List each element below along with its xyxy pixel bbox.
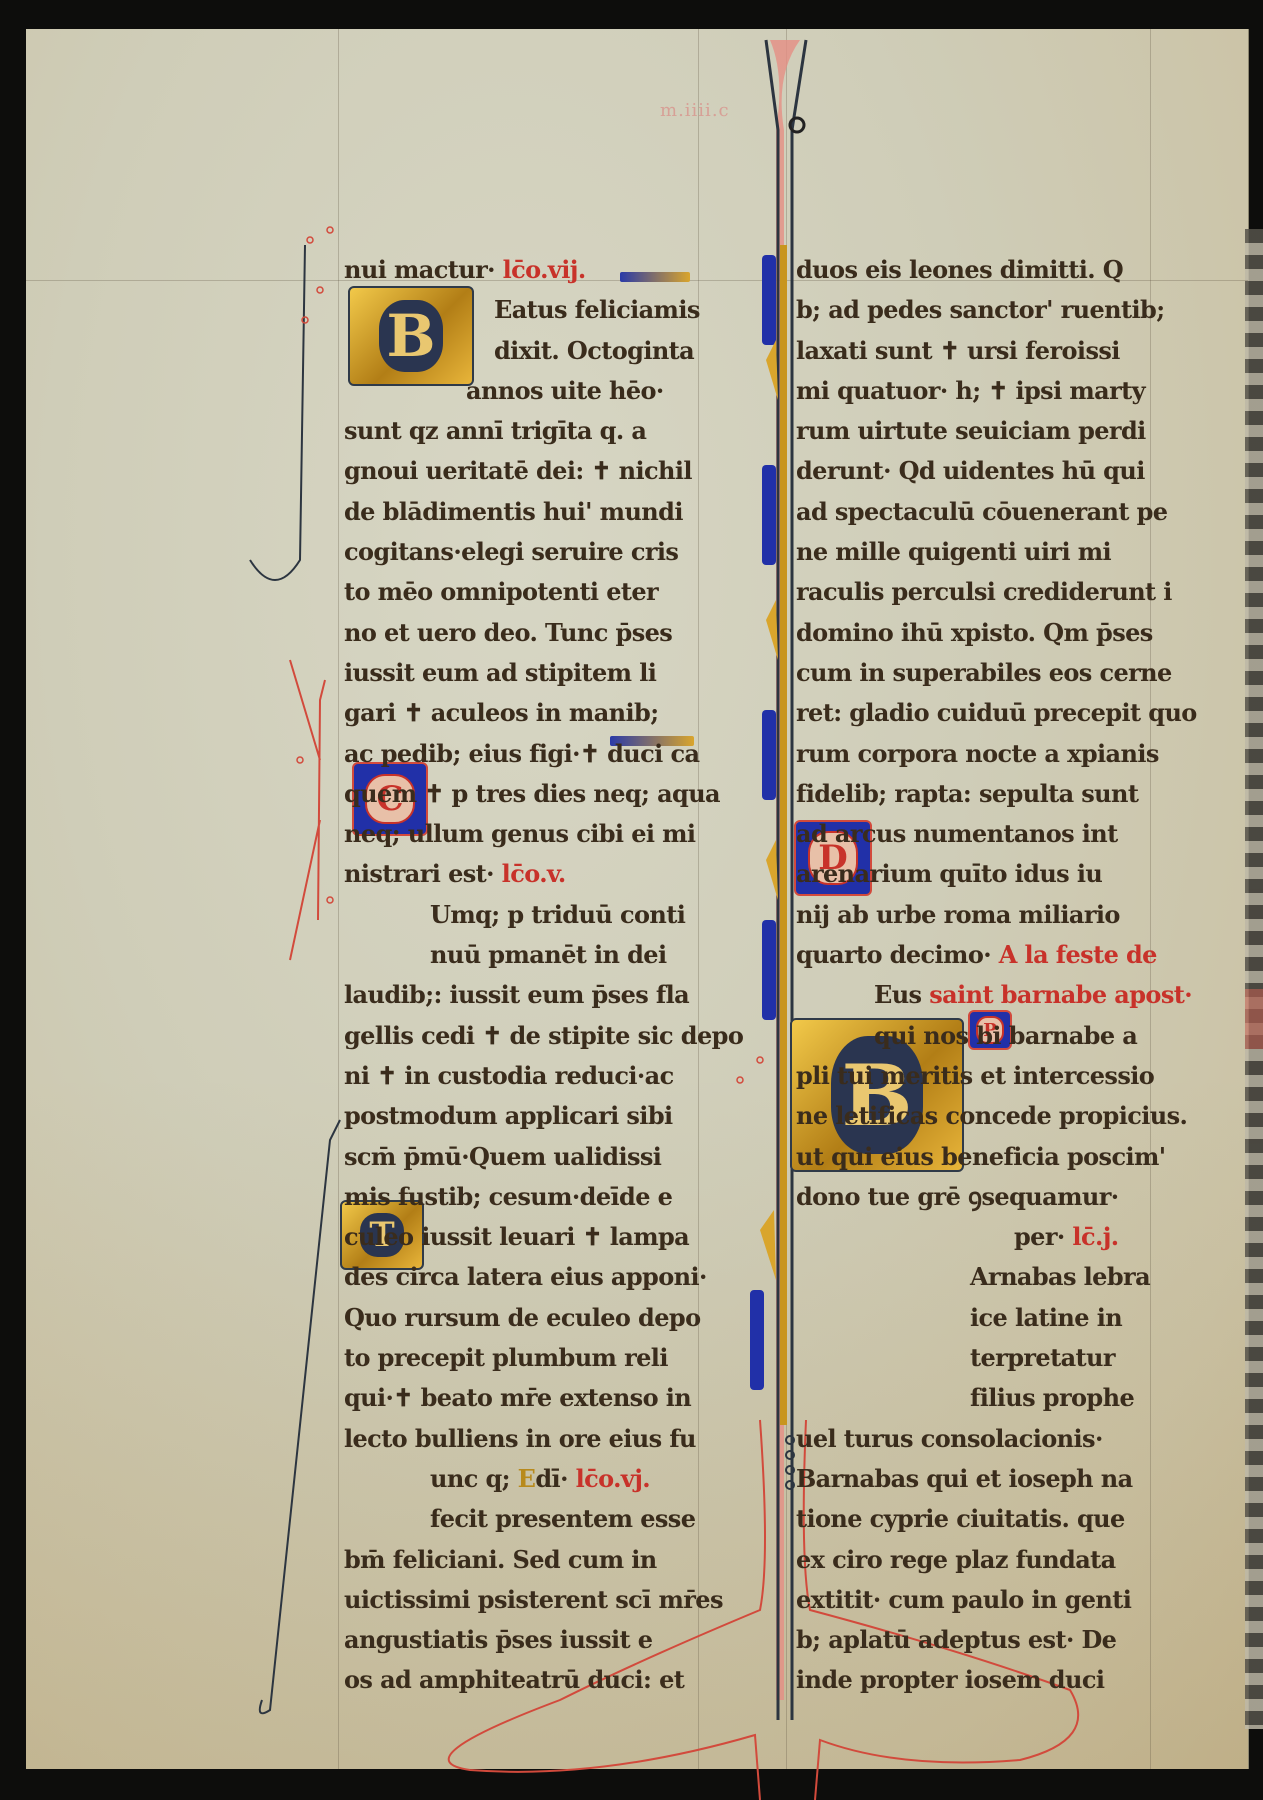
text-line: unc q; Edī· lc̄o.vj. <box>344 1459 743 1499</box>
text-line: gnoui ueritatē dei: ✝ nichil <box>344 451 743 491</box>
text-line: rum uirtute seuiciam perdi <box>796 411 1197 451</box>
text-line: ret: gladio cuiduū precepit quo <box>796 693 1197 733</box>
text-line: qui·✝ beato mr̄e extenso in <box>344 1378 743 1418</box>
text-line: mis fustib; cesum·deīde e <box>344 1177 743 1217</box>
text-line: qui nos bi barnabe a <box>796 1016 1197 1056</box>
text-line: b; ad pedes sanctor' ruentib; <box>796 290 1197 330</box>
text-line: pli tui meritis et intercessio <box>796 1056 1197 1096</box>
gold-letter: E <box>518 1464 536 1493</box>
text-line: iussit eum ad stipitem li <box>344 653 743 693</box>
rubric-lectio: lc̄o.vj. <box>576 1464 650 1493</box>
text-line: nij ab urbe roma miliario <box>796 895 1197 935</box>
text-line: dono tue grē ꝯsequamur· <box>796 1177 1197 1217</box>
text-line: scm̄ p̄mū·Quem ualidissi <box>344 1137 743 1177</box>
text-line: extitit· cum paulo in genti <box>796 1580 1197 1620</box>
text-line: Eatus feliciamis <box>344 290 743 330</box>
text-line: per· lc̄.j. <box>796 1217 1197 1257</box>
text-line: uictissimi psisterent scī mr̄es <box>344 1580 743 1620</box>
text-line: fecit presentem esse <box>344 1499 743 1539</box>
text-line: Eus saint barnabe apost· <box>796 975 1197 1015</box>
text-line: to mēo omnipotenti eter <box>344 572 743 612</box>
text-line: ad arcus numentanos int <box>796 814 1197 854</box>
rubric-feast-title: A la feste de <box>999 940 1157 969</box>
text-line: ni ✝ in custodia reduci·ac <box>344 1056 743 1096</box>
text-line: bm̄ feliciani. Sed cum in <box>344 1540 743 1580</box>
text-line: domino ihū xpisto. Qm p̄ses <box>796 613 1197 653</box>
text-line: no et uero deo. Tunc p̄ses <box>344 613 743 653</box>
text-line: angustiatis p̄ses iussit e <box>344 1620 743 1660</box>
text-line: raculis perculsi crediderunt i <box>796 572 1197 612</box>
text-line: fidelib; rapta: sepulta sunt <box>796 774 1197 814</box>
text-line: arenarium quīto idus iu <box>796 854 1197 894</box>
text-line: laudib;: iussit eum p̄ses fla <box>344 975 743 1015</box>
text-line: filius prophe <box>796 1378 1197 1418</box>
rubric-lectio: lc̄.j. <box>1072 1222 1118 1251</box>
text-line: tione cyprie ciuitatis. que <box>796 1499 1197 1539</box>
text-line: b; aplatū adeptus est· De <box>796 1620 1197 1660</box>
text-line: lecto bulliens in ore eius fu <box>344 1419 743 1459</box>
left-text-column: nui mactur· lc̄o.vij. Eatus feliciamis d… <box>344 250 743 1701</box>
text-line: ac pedib; eius figi·✝ duci ca <box>344 734 743 774</box>
text-line: Umq; p triduū conti <box>344 895 743 935</box>
text-line: sunt qz annī trigīta q. a <box>344 411 743 451</box>
rubric-lectio: lc̄o.v. <box>502 859 566 888</box>
text-line: Quo rursum de eculeo depo <box>344 1298 743 1338</box>
text-line: ne mille quigenti uiri mi <box>796 532 1197 572</box>
text-line: ne letificas concede propicius. <box>796 1096 1197 1136</box>
text-line: ice latine in <box>796 1298 1197 1338</box>
text-line: os ad amphiteatrū duci: et <box>344 1660 743 1700</box>
rubric-feast-title: saint barnabe apost· <box>929 980 1192 1009</box>
right-text-column: duos eis leones dimitti. Q b; ad pedes s… <box>796 250 1197 1701</box>
text-line: ex ciro rege plaz fundata <box>796 1540 1197 1580</box>
text-line: ad spectaculū cōuenerant pe <box>796 492 1197 532</box>
text-line: nui mactur· lc̄o.vij. <box>344 250 743 290</box>
text-line: terpretatur <box>796 1338 1197 1378</box>
text-line: gari ✝ aculeos in manib; <box>344 693 743 733</box>
text-line: de blādimentis hui' mundi <box>344 492 743 532</box>
text-line: ut qui eius beneficia poscim' <box>796 1137 1197 1177</box>
text-line: cogitans·elegi seruire cris <box>344 532 743 572</box>
text-line: uel turus consolacionis· <box>796 1419 1197 1459</box>
text-line: to precepit plumbum reli <box>344 1338 743 1378</box>
text-line: Arnabas lebra <box>796 1257 1197 1297</box>
text-line: derunt· Qd uidentes hū qui <box>796 451 1197 491</box>
text-line: des circa latera eius apponi· <box>344 1257 743 1297</box>
text-line: nistrari est· lc̄o.v. <box>344 854 743 894</box>
text-line: duos eis leones dimitti. Q <box>796 250 1197 290</box>
text-line: Barnabas qui et ioseph na <box>796 1459 1197 1499</box>
text-line: culeo iussit leuari ✝ lampa <box>344 1217 743 1257</box>
text-line: rum corpora nocte a xpianis <box>796 734 1197 774</box>
text-line: gellis cedi ✝ de stipite sic depo <box>344 1016 743 1056</box>
text-line: annos uite hēo· <box>344 371 743 411</box>
text-line: postmodum applicari sibi <box>344 1096 743 1136</box>
rubric-lectio: lc̄o.vij. <box>503 255 586 284</box>
text-line: inde propter iosem duci <box>796 1660 1197 1700</box>
text-line: mi quatuor· h; ✝ ipsi marty <box>796 371 1197 411</box>
text-line: quarto decimo· A la feste de <box>796 935 1197 975</box>
text-line: quem ✝ p tres dies neq; aqua <box>344 774 743 814</box>
text-line: cum in superabiles eos cerne <box>796 653 1197 693</box>
text-line: dixit. Octoginta <box>344 331 743 371</box>
text-line: nuū pmanēt in dei <box>344 935 743 975</box>
text-line: neq; ullum genus cibi ei mi <box>344 814 743 854</box>
text-line: laxati sunt ✝ ursi feroissi <box>796 331 1197 371</box>
